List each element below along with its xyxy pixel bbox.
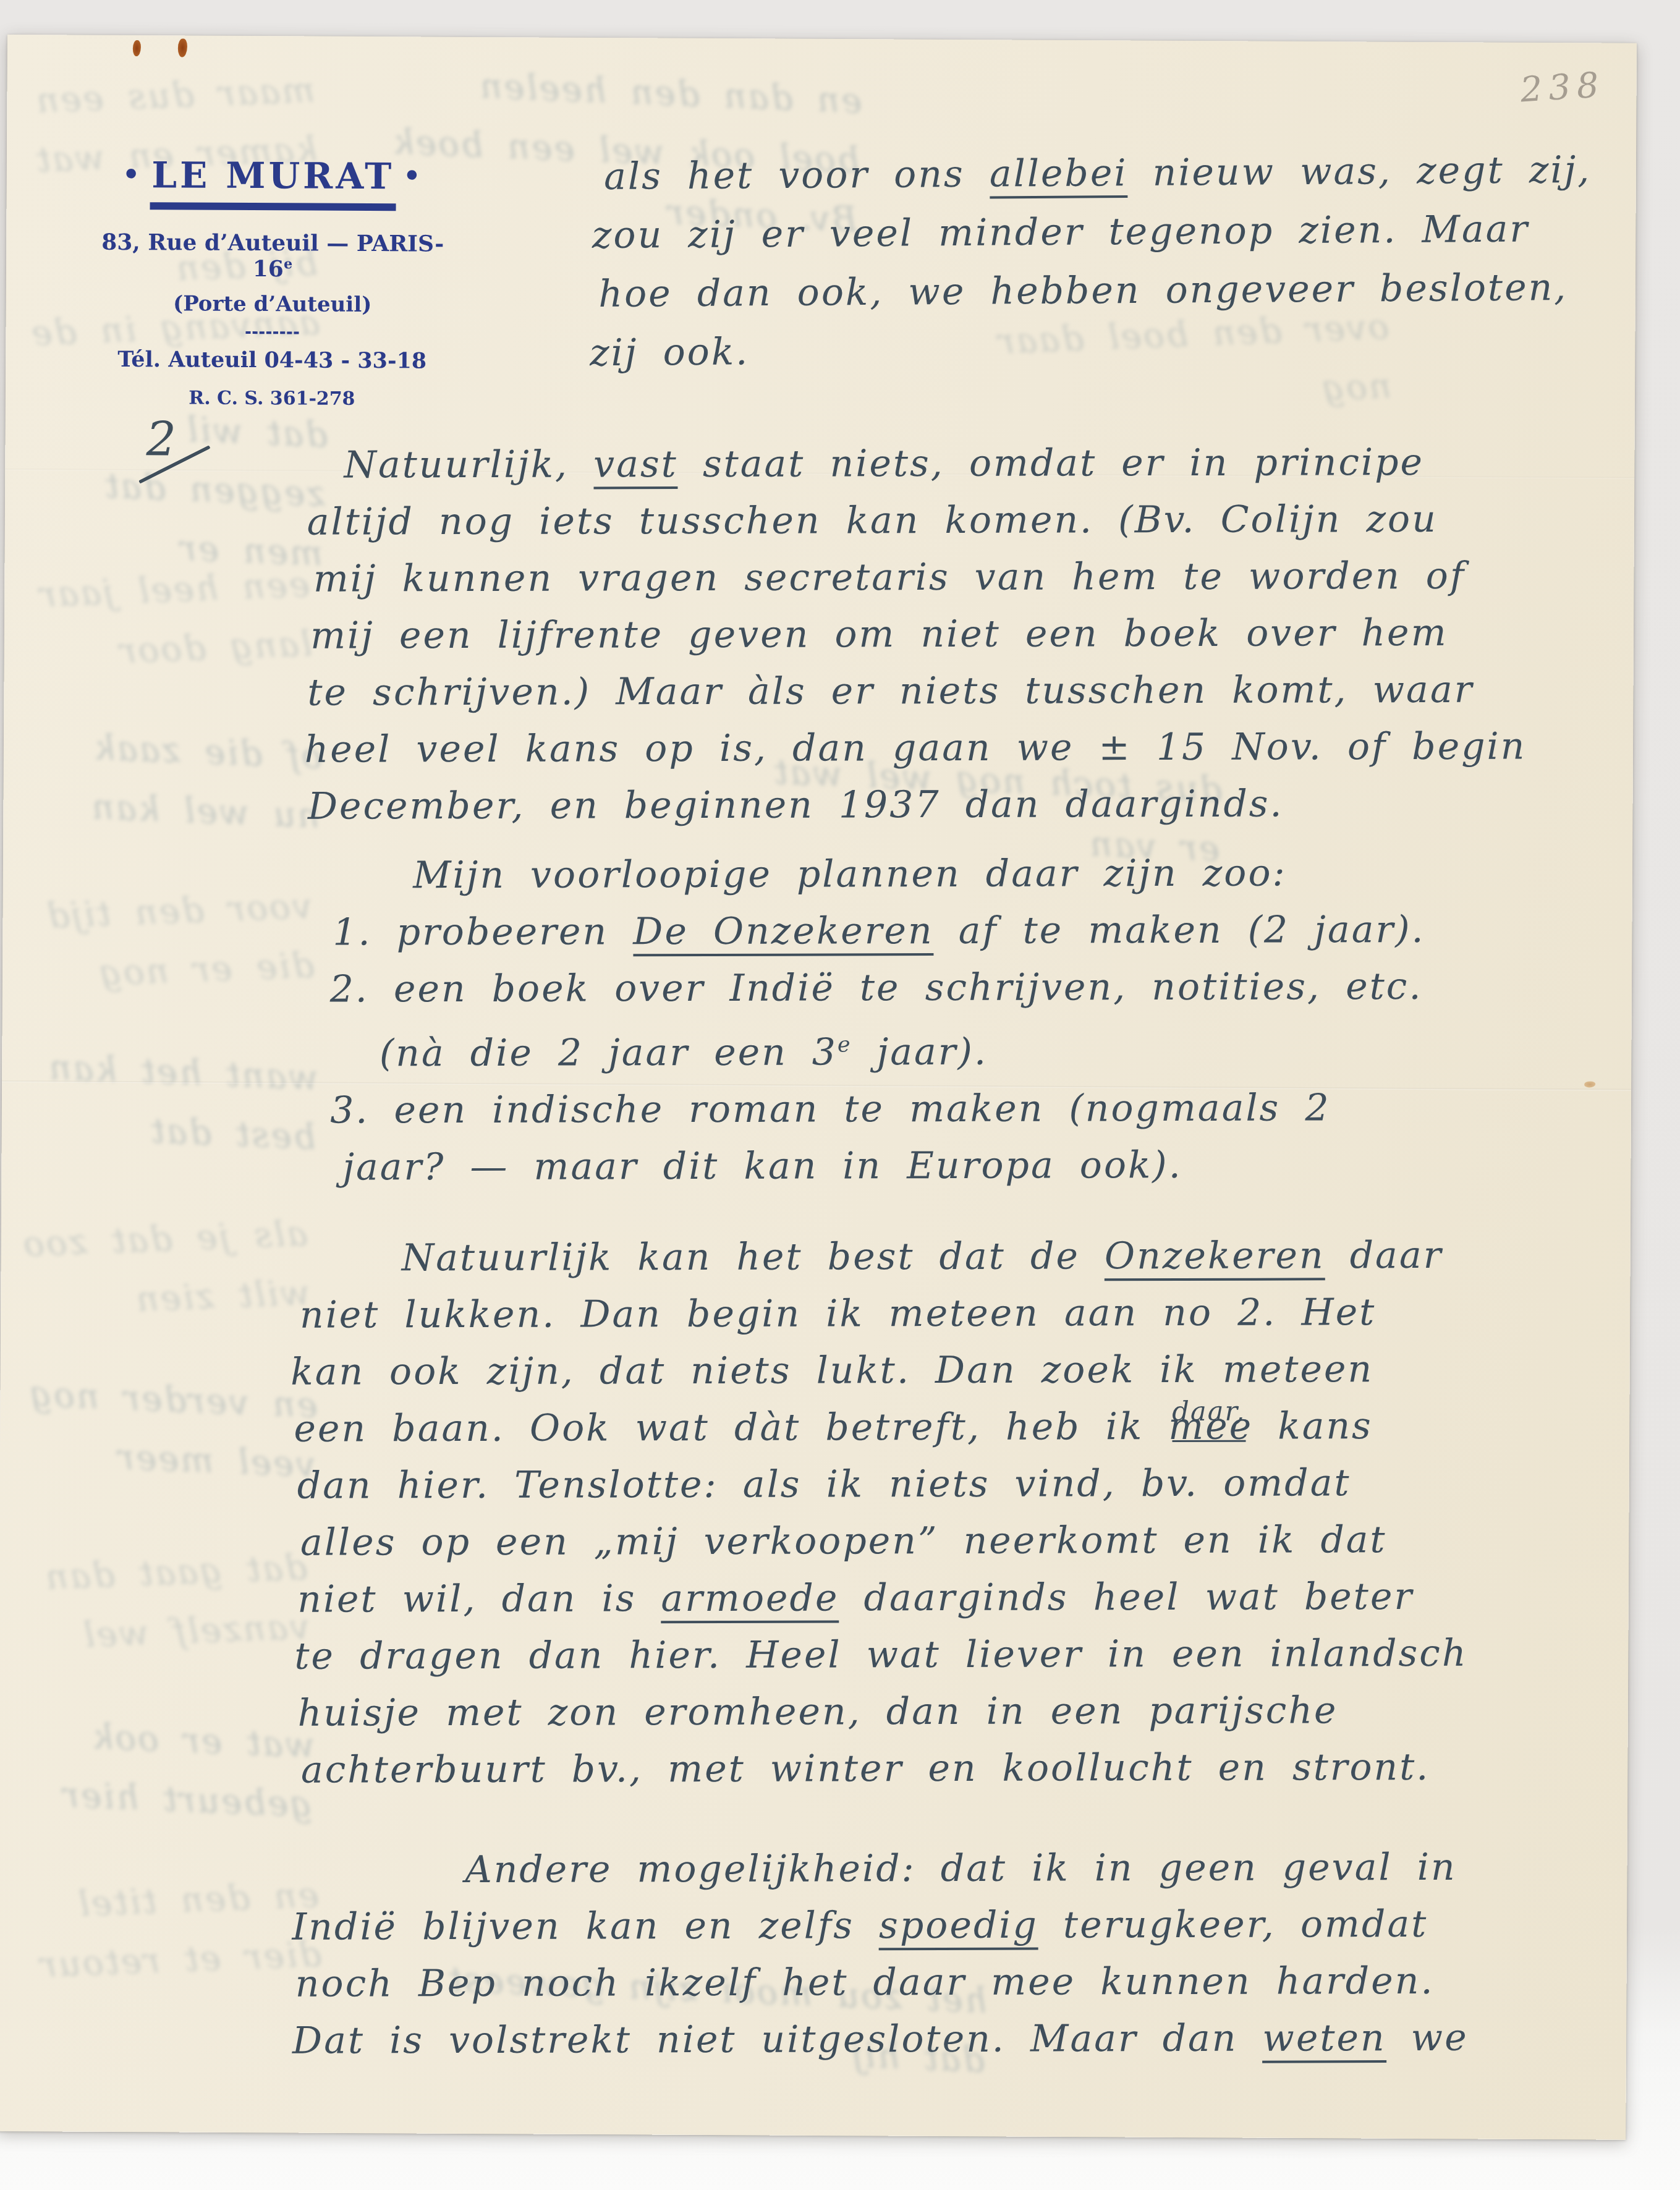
pencil-folio-number: 238 [1519, 65, 1606, 111]
handwritten-line: een baan. Ook wat dàt betreft, heb ik me… [294, 1397, 1582, 1457]
handwritten-line: 1. probeeren De Onzekeren af te maken (2… [333, 901, 1581, 961]
handwritten-paragraph: Natuurlijk, vast staat niets, omdat er i… [307, 433, 1581, 834]
handwritten-line: Natuurlijk, vast staat niets, omdat er i… [344, 433, 1580, 493]
handwritten-text: Andere mogelijkheid: dat ik in geen geva… [465, 1846, 1456, 1891]
letterhead-porte: (Porte d’Auteuil) [91, 291, 454, 318]
bleedthrough-text: want het kan best dat [24, 1037, 319, 1168]
handwritten-text: niet wil, dan is [297, 1577, 661, 1621]
handwritten-line: te dragen dan hier. Heel wat liever in e… [294, 1624, 1583, 1684]
rust-stain [133, 40, 141, 56]
bleedthrough-text: en verder nog veel meer [24, 1365, 319, 1495]
handwritten-line: Andere mogelijkheid: dat ik in geen geva… [465, 1838, 1584, 1898]
handwritten-page-number-digit: 2 [146, 411, 176, 466]
letterhead-rule [150, 202, 396, 211]
handwritten-text: 1. probeeren [333, 910, 633, 954]
handwritten-text: af te maken (2 jaar). [933, 908, 1425, 953]
handwritten-line: kan ook zijn, dat niets lukt. Dan zoek i… [291, 1340, 1582, 1400]
rust-stain [1584, 1081, 1595, 1087]
handwritten-line: December, en beginnen 1937 dan daarginds… [308, 775, 1581, 834]
bleedthrough-text: of die zaak nu wel kan [28, 716, 323, 846]
superscript: e [838, 1032, 852, 1057]
handwritten-text: jaar). [852, 1030, 988, 1074]
handwritten-line: 3. een indische roman te maken (nogmaals… [330, 1079, 1582, 1139]
handwritten-text: een baan. Ook wat dàt betreft, heb ik [294, 1405, 1168, 1451]
inserted-word-above-line: daar, [1172, 1383, 1245, 1441]
letterhead-address-text: 83, Rue d’Auteuil — PARIS-16 [101, 229, 444, 282]
handwritten-text: niet lukken. Dan begin ik meteen aan no … [300, 1291, 1377, 1337]
underlined-word: allebei [990, 151, 1128, 199]
handwritten-text: hoe dan ook, we hebben ongeveer besloten… [598, 266, 1568, 316]
handwritten-text: achterbuurt bv., met winter en koollucht… [301, 1746, 1430, 1792]
handwritten-line: alles op een „mij verkoopen” neerkomt en… [300, 1511, 1583, 1571]
handwritten-text: te dragen dan hier. Heel wat liever in e… [294, 1632, 1467, 1678]
handwritten-line: Dat is volstrekt niet uitgesloten. Maar … [292, 2009, 1584, 2069]
handwritten-paragraph: Natuurlijk kan het best dat de Onzekeren… [309, 1226, 1584, 1798]
handwritten-text: Natuurlijk, [344, 443, 593, 486]
handwritten-text: dan hier. Tenslotte: als ik niets vind, … [297, 1461, 1351, 1507]
letterhead-address-sup: e [284, 256, 292, 272]
handwritten-text: Natuurlijk kan het best dat de [402, 1234, 1105, 1280]
handwritten-line: zij ook. [590, 317, 1607, 383]
letterhead-name-text: LE MURAT [151, 154, 395, 197]
handwritten-line: dan hier. Tenslotte: als ik niets vind, … [297, 1454, 1583, 1514]
letterhead: •LE MURAT• 83, Rue d’Auteuil — PARIS-16e… [91, 154, 454, 410]
bleedthrough-text: wat er ook gebeurt hier [21, 1705, 316, 1835]
underlined-word: Onzekeren [1105, 1234, 1325, 1281]
handwritten-text: jaar? — maar dit kan in Europa ook). [342, 1144, 1182, 1189]
letterhead-name: •LE MURAT• [92, 154, 454, 198]
handwritten-text: mij een lijfrente geven om niet een boek… [310, 611, 1448, 658]
handwritten-text: Dat is volstrekt niet uitgesloten. Maar … [292, 2017, 1263, 2063]
handwritten-line: als het voor ons allebei nieuw was, zegt… [604, 141, 1606, 206]
letterhead-bullet-right: • [394, 160, 432, 192]
handwritten-line: heel veel kans op is, dan gaan we ± 15 N… [304, 718, 1580, 778]
bleedthrough-text: als je dat zoo wilt zien [16, 1204, 311, 1334]
handwritten-text: alles op een „mij verkoopen” neerkomt en… [300, 1518, 1387, 1564]
handwritten-line: 2. een boek over Indië te schrijven, not… [329, 957, 1581, 1017]
rust-stain [178, 38, 187, 57]
handwritten-text: heel veel kans op is, dan gaan we ± 15 N… [304, 725, 1526, 771]
bleedthrough-text: dat gaat dan vanzelf wel [15, 1538, 310, 1668]
handwritten-text: staat niets, omdat er in principe [678, 441, 1424, 486]
handwritten-line: niet lukken. Dan begin ik meteen aan no … [300, 1283, 1582, 1343]
handwritten-line: huisje met zon eromheen, dan in een pari… [298, 1681, 1584, 1741]
handwritten-text: kans [1253, 1404, 1373, 1448]
handwritten-line: (nà die 2 jaar een 3e jaar). [380, 1014, 1582, 1082]
handwritten-text: Indië blijven kan en zelfs [292, 1904, 879, 1948]
underlined-word: weten [1262, 2016, 1386, 2063]
handwritten-text: zij ook. [590, 330, 750, 375]
handwritten-line: noch Bep noch ikzelf het daar mee kunnen… [295, 1952, 1584, 2012]
handwritten-line: jaar? — maar dit kan in Europa ook). [342, 1135, 1582, 1195]
handwritten-line: achterbuurt bv., met winter en koollucht… [301, 1738, 1584, 1798]
bleedthrough-text: voor den tijd die er nog [20, 876, 315, 1006]
handwritten-text: terugkeer, omdat [1038, 1903, 1428, 1947]
handwritten-text: we [1386, 2016, 1469, 2060]
underlined-word: spoedig [879, 1904, 1038, 1951]
handwritten-line: mij kunnen vragen secretaris van hem te … [313, 547, 1580, 607]
handwritten-text: daar [1325, 1234, 1443, 1277]
handwritten-text: noch Bep noch ikzelf het daar mee kunnen… [295, 1959, 1435, 2006]
handwritten-text: daarginds heel wat beter [839, 1575, 1414, 1619]
handwritten-paragraph: Mijn voorloopige plannen daar zijn zoo:1… [308, 844, 1582, 1195]
handwritten-line: Natuurlijk kan het best dat de Onzekeren… [402, 1226, 1582, 1286]
handwritten-text: (nà die 2 jaar een 3 [380, 1030, 838, 1075]
handwritten-text: December, en beginnen 1937 dan daarginds… [308, 783, 1284, 828]
handwritten-text: Mijn voorloopige plannen daar zijn zoo: [413, 852, 1287, 898]
handwritten-line: mij een lijfrente geven om niet een boek… [310, 604, 1580, 664]
letter-paper-sheet: maar dus een kamer en wat en dan den hee… [0, 35, 1637, 2140]
letterhead-telephone: Tél. Auteuil 04-43 - 33-18 [91, 347, 453, 374]
underlined-word: vast [593, 443, 678, 489]
bleedthrough-text: een heel jaar lang door [19, 555, 313, 685]
letterhead-rcs: R. C. S. 361-278 [91, 387, 453, 410]
handwritten-text: 3. een indische roman te maken (nogmaals… [330, 1086, 1331, 1132]
handwritten-text: zou zij er veel minder tegenop zien. Maa… [592, 208, 1530, 258]
handwritten-line: zou zij er veel minder tegenop zien. Maa… [592, 200, 1606, 265]
handwritten-text: huisje met zon eromheen, dan in een pari… [298, 1689, 1338, 1734]
bleedthrough-text: en den titel dier et retour [27, 1866, 322, 1996]
handwritten-line: niet wil, dan is armoede daarginds heel … [297, 1568, 1583, 1628]
handwriting-body: Natuurlijk, vast staat niets, omdat er i… [307, 433, 1584, 2069]
underlined-word: De Onzekeren [633, 909, 934, 956]
handwritten-text: altijd nog iets tusschen kan komen. (Bv.… [307, 498, 1438, 544]
letterhead-separator [245, 331, 299, 334]
handwritten-text: nieuw was, zegt zij, [1127, 148, 1591, 195]
underlined-word: armoede [661, 1576, 839, 1623]
handwritten-line: Mijn voorloopige plannen daar zijn zoo: [413, 844, 1581, 904]
letterhead-bullet-left: • [114, 159, 151, 190]
handwritten-text: mij kunnen vragen secretaris van hem te … [313, 554, 1466, 601]
handwritten-line: hoe dan ook, we hebben ongeveer besloten… [598, 258, 1606, 324]
handwritten-line: altijd nog iets tusschen kan komen. (Bv.… [307, 490, 1580, 550]
scanned-letter-page: maar dus een kamer en wat en dan den hee… [0, 0, 1680, 2190]
handwritten-paragraph: Andere mogelijkheid: dat ik in geen geva… [310, 1838, 1584, 2069]
handwritten-line: Indië blijven kan en zelfs spoedig terug… [292, 1895, 1584, 1955]
handwritten-page-number: 2 [146, 411, 214, 467]
handwritten-line: te schrijven.) Maar àls er niets tussche… [307, 661, 1580, 721]
handwriting-opening-block: als het voor ons allebei nieuw was, zegt… [604, 141, 1607, 383]
letterhead-address: 83, Rue d’Auteuil — PARIS-16e [91, 229, 454, 283]
handwritten-text: als het voor ons [604, 153, 990, 198]
handwritten-text: 2. een boek over Indië te schrijven, not… [330, 965, 1423, 1011]
handwritten-text: meedaar, [1168, 1405, 1253, 1448]
handwritten-text: te schrijven.) Maar àls er niets tussche… [307, 668, 1474, 715]
